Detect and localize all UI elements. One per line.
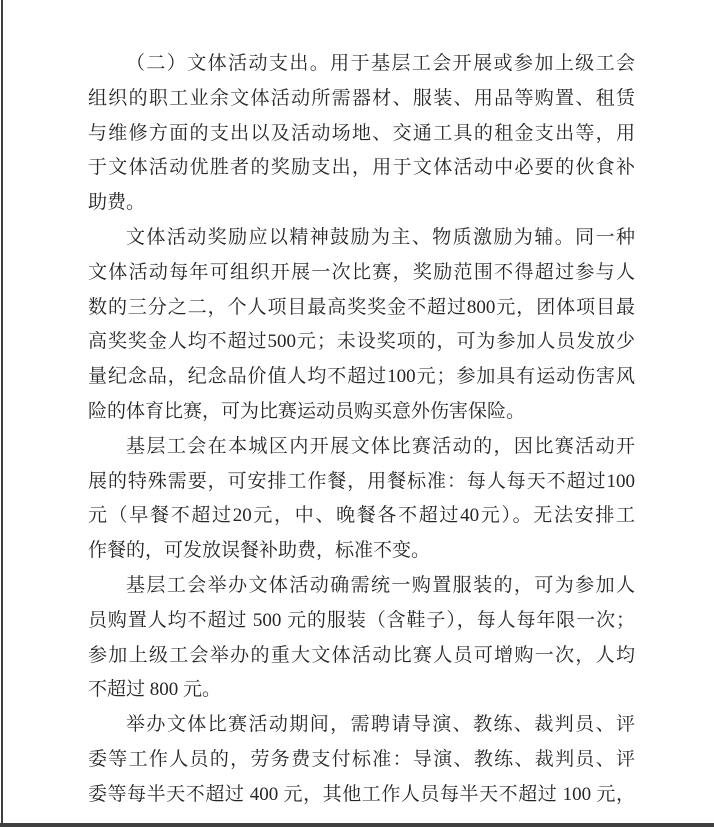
document-body: （二）文体活动支出。用于基层工会开展或参加上级工会组织的职工业余文体活动所需器材… [88, 47, 635, 813]
text-line: 数的三分之二，个人项目最高奖奖金不超过800元，团体项目最 [88, 291, 635, 326]
text-line: 元（早餐不超过20元，中、晚餐各不超过40元）。无法安排工 [88, 499, 635, 534]
text-line: 基层工会举办文体活动确需统一购置服装的，可为参加人 [88, 569, 635, 604]
text-line: 险的体育比赛，可为比赛运动员购买意外伤害保险。 [88, 395, 635, 430]
paragraph: 文体活动奖励应以精神鼓励为主、物质激励为辅。同一种文体活动每年可组织开展一次比赛… [88, 221, 635, 430]
text-line: 组织的职工业余文体活动所需器材、服装、用品等购置、租赁 [88, 82, 635, 117]
text-line: 高奖奖金人均不超过500元；未设奖项的，可为参加人员发放少 [88, 325, 635, 360]
document-page: （二）文体活动支出。用于基层工会开展或参加上级工会组织的职工业余文体活动所需器材… [0, 0, 714, 827]
text-line: 于文体活动优胜者的奖励支出，用于文体活动中必要的伙食补 [88, 151, 635, 186]
text-line: 量纪念品，纪念品价值人均不超过100元；参加具有运动伤害风 [88, 360, 635, 395]
text-line: 不超过 800 元。 [88, 673, 635, 708]
paragraph: 基层工会在本城区内开展文体比赛活动的，因比赛活动开展的特殊需要，可安排工作餐，用… [88, 430, 635, 569]
paragraph: 基层工会举办文体活动确需统一购置服装的，可为参加人员购置人均不超过 500 元的… [88, 569, 635, 708]
text-line: 文体活动奖励应以精神鼓励为主、物质激励为辅。同一种 [88, 221, 635, 256]
text-line: 员购置人均不超过 500 元的服装（含鞋子），每人每年限一次； [88, 604, 635, 639]
text-line: 文体活动每年可组织开展一次比赛，奖励范围不得超过参与人 [88, 256, 635, 291]
text-line: 举办文体比赛活动期间，需聘请导演、教练、裁判员、评 [88, 708, 635, 743]
text-line: 委等工作人员的，劳务费支付标准：导演、教练、裁判员、评 [88, 743, 635, 778]
text-line: 委等每半天不超过 400 元，其他工作人员每半天不超过 100 元， [88, 778, 635, 813]
paragraph: 举办文体比赛活动期间，需聘请导演、教练、裁判员、评委等工作人员的，劳务费支付标准… [88, 708, 635, 812]
text-line: （二）文体活动支出。用于基层工会开展或参加上级工会 [88, 47, 635, 82]
text-line: 展的特殊需要，可安排工作餐，用餐标准：每人每天不超过100 [88, 465, 635, 500]
text-line: 基层工会在本城区内开展文体比赛活动的，因比赛活动开 [88, 430, 635, 465]
text-line: 参加上级工会举办的重大文体活动比赛人员可增购一次，人均 [88, 639, 635, 674]
scan-edge-left [1, 0, 3, 827]
scan-edge-bottom [0, 823, 714, 827]
text-line: 作餐的，可发放误餐补助费，标准不变。 [88, 534, 635, 569]
paragraph: （二）文体活动支出。用于基层工会开展或参加上级工会组织的职工业余文体活动所需器材… [88, 47, 635, 221]
text-line: 助费。 [88, 186, 635, 221]
text-line: 与维修方面的支出以及活动场地、交通工具的租金支出等，用 [88, 117, 635, 152]
